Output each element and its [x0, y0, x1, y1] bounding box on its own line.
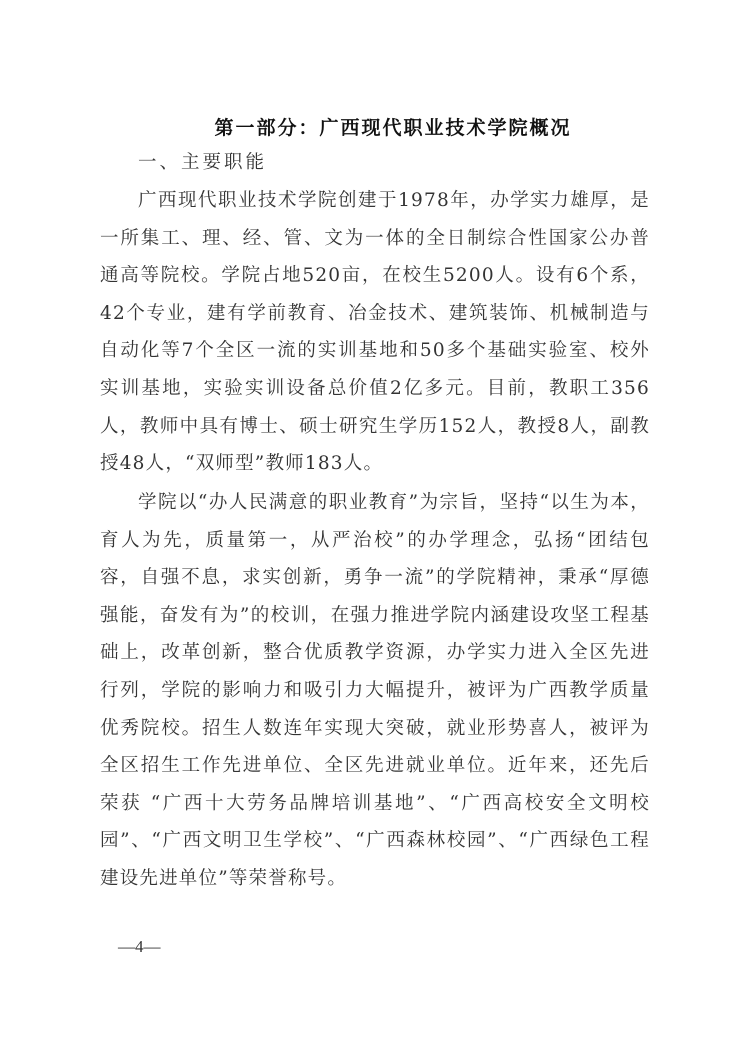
- page-number: —4—: [118, 937, 161, 957]
- document-page: 第一部分：广西现代职业技术学院概况 一、主要职能 广西现代职业技术学院创建于19…: [0, 0, 736, 1041]
- section-heading: 一、主要职能: [138, 148, 267, 174]
- paragraph-school-philosophy: 学院以“办人民满意的职业教育”为宗旨，坚持“以生为本，育人为先，质量第一，从严治…: [100, 484, 650, 898]
- paragraph-main-functions: 广西现代职业技术学院创建于1978年，办学实力雄厚，是一所集工、理、经、管、文为…: [100, 182, 650, 483]
- paragraph-2-container: 学院以“办人民满意的职业教育”为宗旨，坚持“以生为本，育人为先，质量第一，从严治…: [100, 484, 650, 898]
- paragraph-1-container: 广西现代职业技术学院创建于1978年，办学实力雄厚，是一所集工、理、经、管、文为…: [100, 182, 650, 483]
- page-title: 第一部分：广西现代职业技术学院概况: [0, 113, 736, 140]
